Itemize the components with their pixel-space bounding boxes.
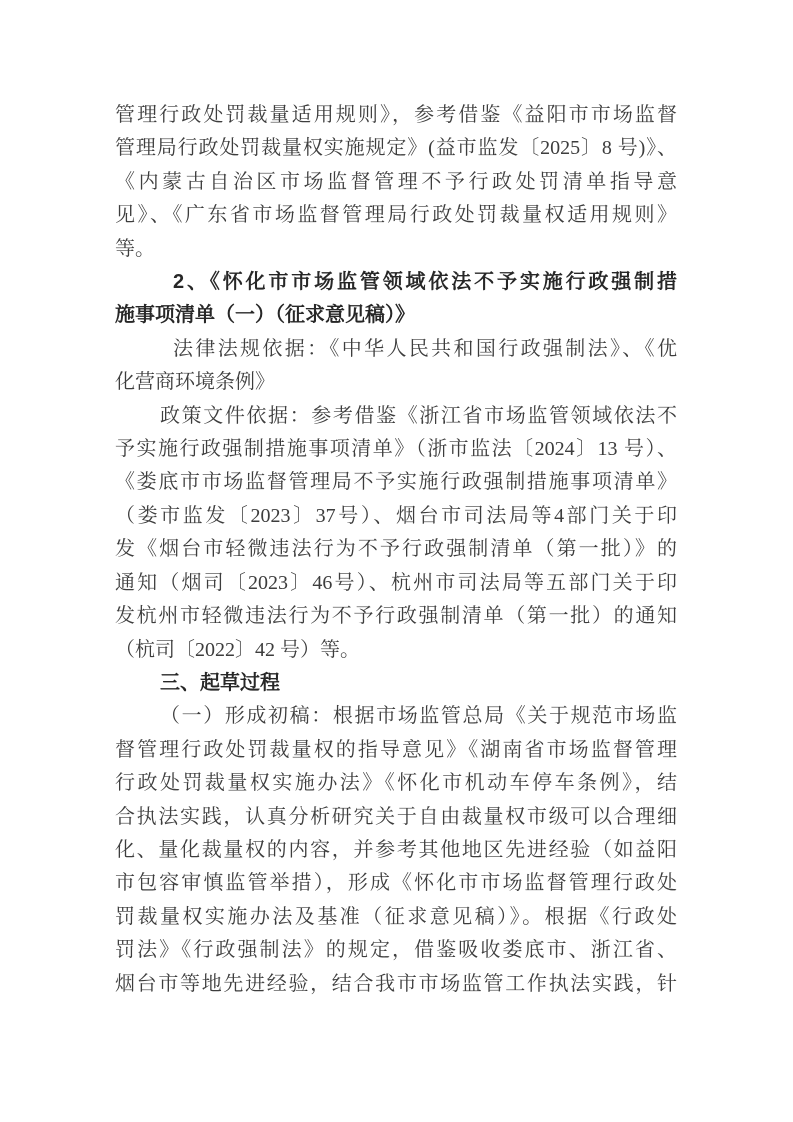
body-line: 发《烟台市轻微违法行为不予行政强制清单（第一批）》的 [115, 533, 677, 566]
body-line: （杭司〔2022〕42 号）等。 [115, 634, 677, 667]
body-line: 见》、《广东省市场监督管理局行政处罚裁量权适用规则》 [115, 199, 677, 232]
body-line: 化、量化裁量权的内容，并参考其他地区先进经验（如益阳 [115, 834, 677, 867]
body-line: 《内蒙古自治区市场监督管理不予行政处罚清单指导意 [115, 166, 677, 199]
body-line: 予实施行政强制措施事项清单》（浙市监法〔2024〕13 号）、 [115, 433, 677, 466]
body-line: 法律法规依据：《中华人民共和国行政强制法》、《优 [115, 333, 677, 366]
body-line: 化营商环境条例》 [115, 366, 677, 399]
body-line: 市包容审慎监管举措），形成《怀化市市场监督管理行政处 [115, 867, 677, 900]
body-line: 督管理行政处罚裁量权的指导意见》《湖南省市场监督管理 [115, 734, 677, 767]
body-line: 等。 [115, 233, 677, 266]
body-line: 管理局行政处罚裁量权实施规定》(益市监发〔2025〕8 号)》、 [115, 132, 677, 165]
document-page: 管理行政处罚裁量适用规则》，参考借鉴《益阳市市场监督 管理局行政处罚裁量权实施规… [0, 0, 793, 1122]
body-line: 政策文件依据：参考借鉴《浙江省市场监管领域依法不 [115, 400, 677, 433]
body-line: 合执法实践，认真分析研究关于自由裁量权市级可以合理细 [115, 801, 677, 834]
body-line: （娄市监发〔2023〕37号）、烟台市司法局等4部门关于印 [115, 500, 677, 533]
heading-line: 2、《怀化市市场监管领域依法不予实施行政强制措 [115, 266, 677, 299]
body-line: 通知（烟司〔2023〕46号）、杭州市司法局等五部门关于印 [115, 567, 677, 600]
body-line: 罚裁量权实施办法及基准（征求意见稿）》。根据《行政处 [115, 901, 677, 934]
document-content: 管理行政处罚裁量适用规则》，参考借鉴《益阳市市场监督 管理局行政处罚裁量权实施规… [115, 99, 677, 1001]
paragraph-law-basis: 法律法规依据：《中华人民共和国行政强制法》、《优 化营商环境条例》 [115, 333, 677, 400]
body-line: 烟台市等地先进经验，结合我市市场监管工作执法实践，针 [115, 968, 677, 1001]
body-line: 发杭州市轻微违法行为不予行政强制清单（第一批）的通知 [115, 600, 677, 633]
paragraph-policy-basis: 政策文件依据：参考借鉴《浙江省市场监管领域依法不 予实施行政强制措施事项清单》（… [115, 400, 677, 667]
paragraph-drafting-process: （一）形成初稿：根据市场监管总局《关于规范市场监 督管理行政处罚裁量权的指导意见… [115, 700, 677, 1001]
heading-section-3: 三、起草过程 [115, 667, 677, 700]
body-line: 《娄底市市场监督管理局不予实施行政强制措施事项清单》 [115, 466, 677, 499]
heading-line: 施事项清单（一）（征求意见稿）》 [115, 299, 677, 332]
paragraph-intro-continuation: 管理行政处罚裁量适用规则》，参考借鉴《益阳市市场监督 管理局行政处罚裁量权实施规… [115, 99, 677, 266]
section-heading: 三、起草过程 [115, 667, 677, 700]
body-line: 行政处罚裁量权实施办法》《怀化市机动车停车条例》，结 [115, 767, 677, 800]
body-line: 罚法》《行政强制法》的规定，借鉴吸收娄底市、浙江省、 [115, 934, 677, 967]
heading-item-2: 2、《怀化市市场监管领域依法不予实施行政强制措 施事项清单（一）（征求意见稿）》 [115, 266, 677, 333]
body-line: （一）形成初稿：根据市场监管总局《关于规范市场监 [115, 700, 677, 733]
body-line: 管理行政处罚裁量适用规则》，参考借鉴《益阳市市场监督 [115, 99, 677, 132]
